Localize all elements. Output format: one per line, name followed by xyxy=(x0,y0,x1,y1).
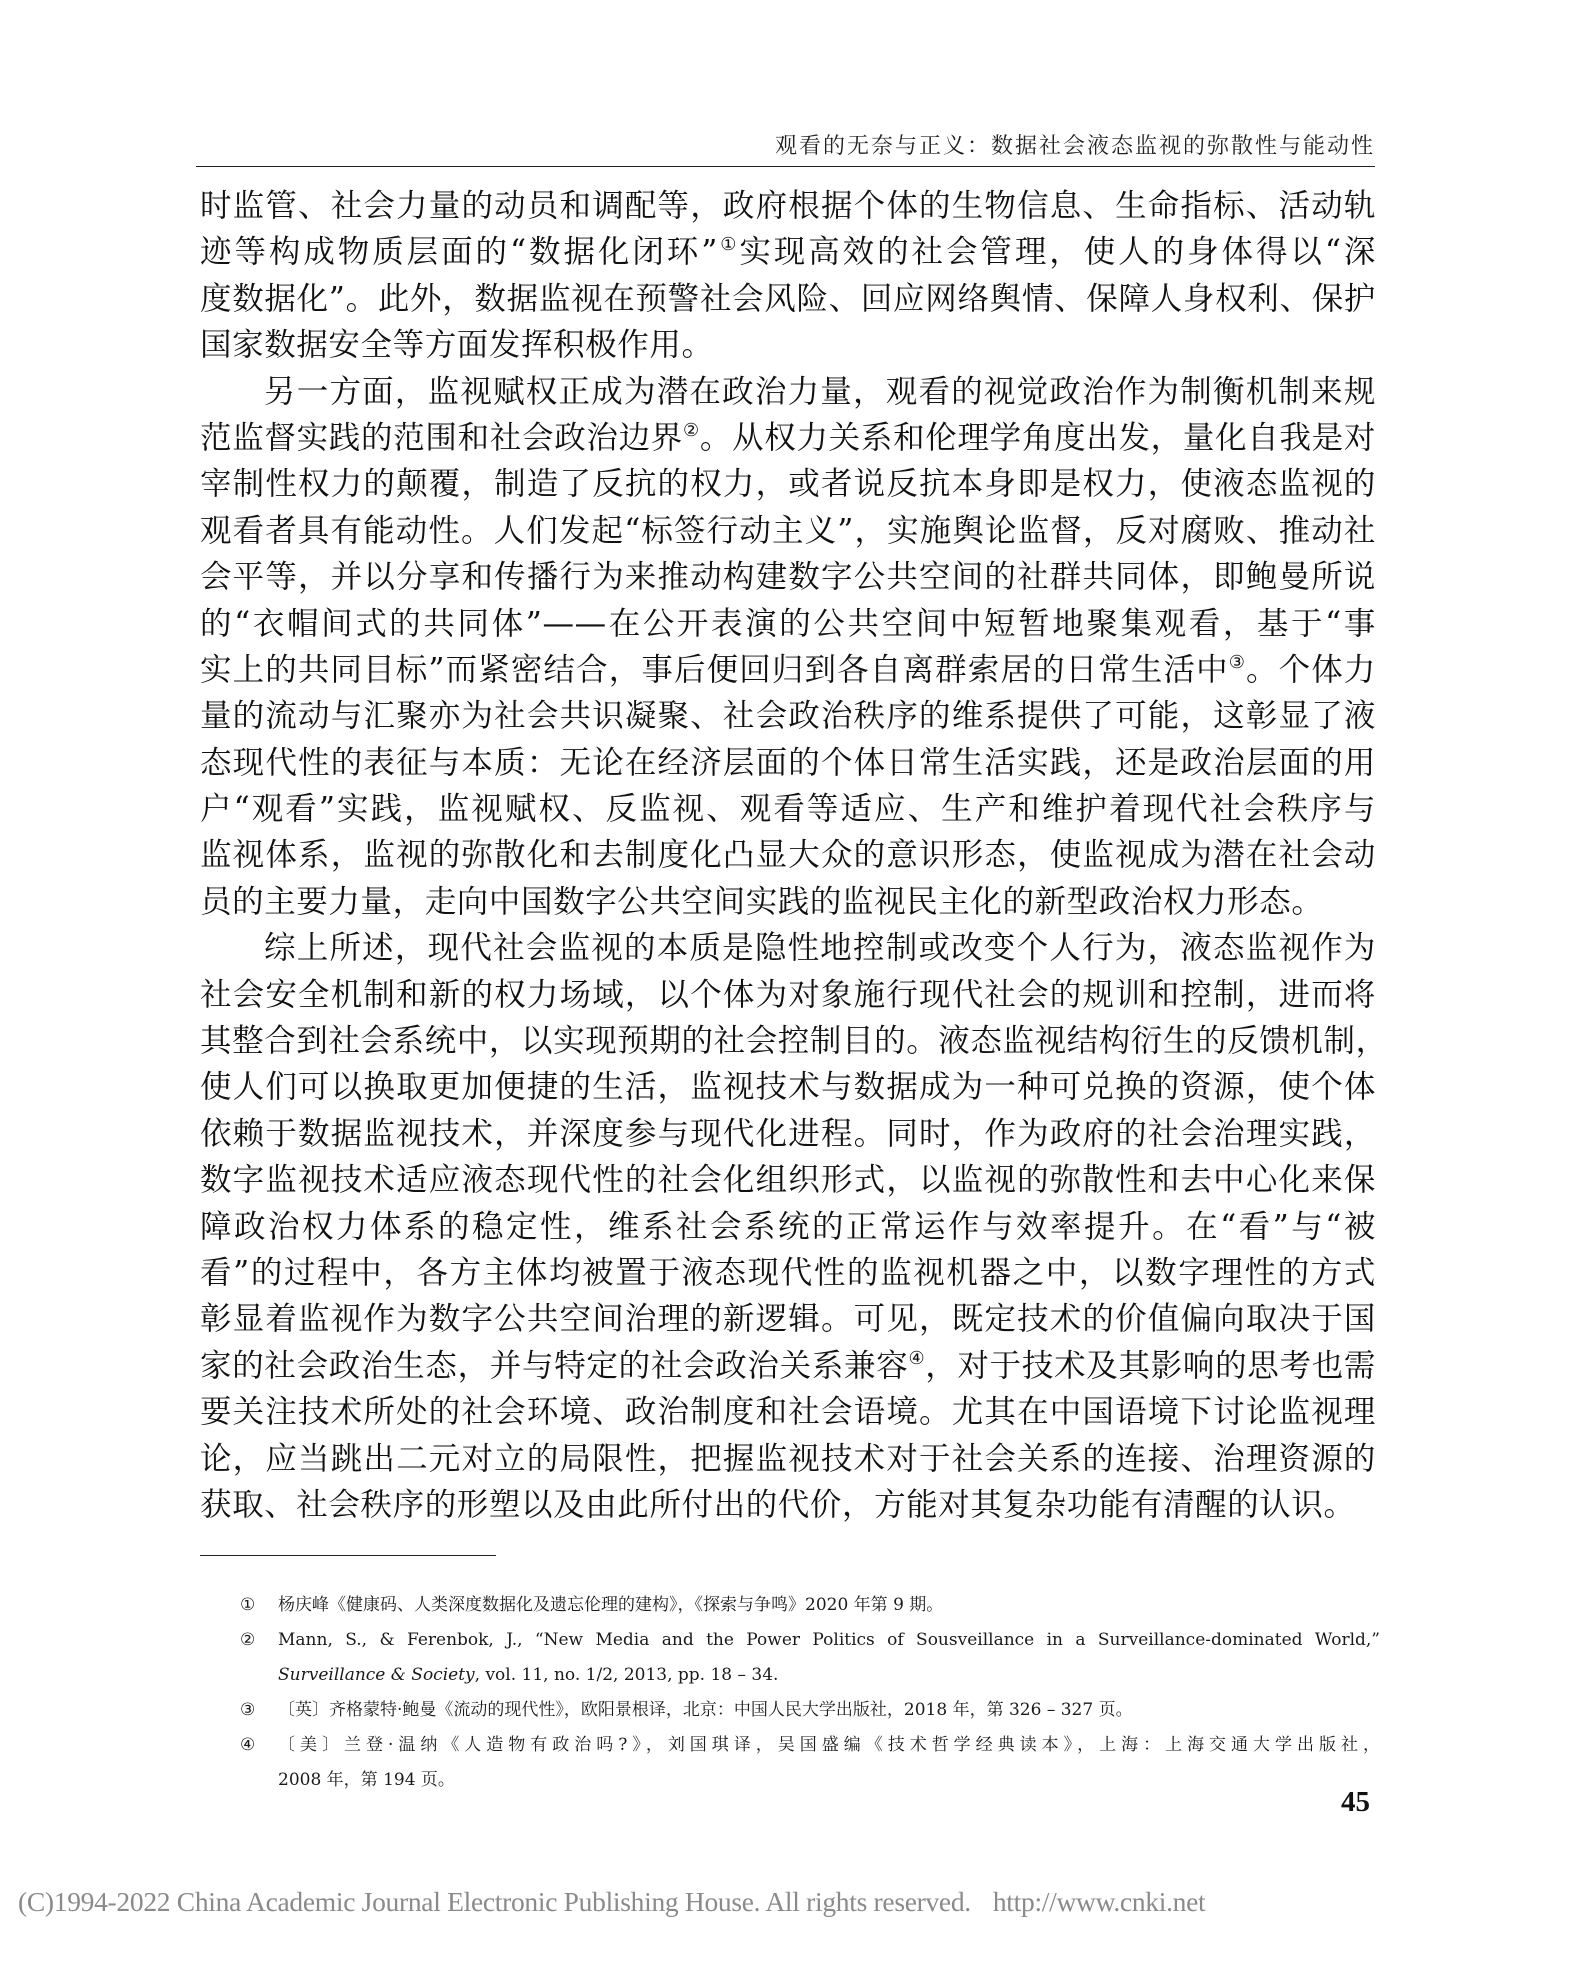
footnote-text-cont: Surveillance & Society, vol. 11, no. 1/2… xyxy=(278,1658,1380,1693)
text-line: 的“衣帽间式的共同体”——在公开表演的公共空间中短暂地聚集观看，基于“事 xyxy=(200,601,1376,647)
text-line: 迹等构成物质层面的“数据化闭环”①实现高效的社会管理，使人的身体得以“深 xyxy=(200,229,1376,275)
footnote-divider xyxy=(200,1555,496,1556)
text-line: 度数据化”。此外，数据监视在预警社会风险、回应网络舆情、保障人身权利、保护 xyxy=(200,276,1376,322)
text-line: 另一方面，监视赋权正成为潜在政治力量，观看的视觉政治作为制衡机制来规 xyxy=(200,369,1376,415)
footnote-ref[interactable]: ② xyxy=(683,420,700,441)
running-header: 观看的无奈与正义：数据社会液态监视的弥散性与能动性 xyxy=(196,132,1375,167)
paragraph: 综上所述，现代社会监视的本质是隐性地控制或改变个人行为，液态监视作为社会安全机制… xyxy=(200,925,1376,1528)
footnote-2: ② Mann, S., & Ferenbok, J., “New Media a… xyxy=(240,1623,1380,1693)
article-body: 时监管、社会力量的动员和调配等，政府根据个体的生物信息、生命指标、活动轨迹等构成… xyxy=(200,183,1376,1528)
text-line: 态现代性的表征与本质：无论在经济层面的个体日常生活实践，还是政治层面的用 xyxy=(200,740,1376,786)
footnote-marker: ② xyxy=(240,1623,255,1658)
footnote-text-cont: 2008 年，第 194 页。 xyxy=(278,1763,1380,1798)
text-line: 员的主要力量，走向中国数字公共空间实践的监视民主化的新型政治权力形态。 xyxy=(200,879,1376,925)
footnote-marker: ④ xyxy=(240,1728,255,1763)
footnote-ref[interactable]: ③ xyxy=(1229,652,1246,673)
text-segment: 实上的共同目标”而紧密结合，事后便回归到各自离群索居的日常生活中 xyxy=(200,652,1229,688)
text-line: 障政治权力体系的稳定性，维系社会系统的正常运作与效率提升。在“看”与“被 xyxy=(200,1204,1376,1250)
text-line: 户“观看”实践，监视赋权、反监视、观看等适应、生产和维护着现代社会秩序与 xyxy=(200,786,1376,832)
running-title: 观看的无奈与正义：数据社会液态监视的弥散性与能动性 xyxy=(775,134,1375,159)
text-segment: 。个体力 xyxy=(1246,652,1376,688)
footnote-ref[interactable]: ① xyxy=(718,234,739,255)
text-segment: 实现高效的社会管理，使人的身体得以“深 xyxy=(739,234,1376,270)
site-url: http://www.cnki.net xyxy=(993,1886,1206,1917)
text-segment: 范监督实践的范围和社会政治边界 xyxy=(200,420,683,456)
footnote-1: ① 杨庆峰《健康码、人类深度数据化及遗忘伦理的建构》，《探索与争鸣》2020 年… xyxy=(240,1588,1380,1623)
text-line: 宰制性权力的颠覆，制造了反抗的权力，或者说反抗本身即是权力，使液态监视的 xyxy=(200,461,1376,507)
footnote-4: ④ 〔美〕兰登·温纳《人造物有政治吗?》，刘国琪译，吴国盛编《技术哲学经典读本》… xyxy=(240,1728,1380,1798)
text-line: 其整合到社会系统中，以实现预期的社会控制目的。液态监视结构衍生的反馈机制， xyxy=(200,1018,1376,1064)
text-line: 依赖于数据监视技术，并深度参与现代化进程。同时，作为政府的社会治理实践， xyxy=(200,1111,1376,1157)
footnote-text: 〔英〕齐格蒙特·鲍曼《流动的现代性》，欧阳景根译，北京：中国人民大学出版社，20… xyxy=(278,1693,1380,1728)
footnote-marker: ③ xyxy=(240,1693,255,1728)
text-line: 使人们可以换取更加便捷的生活，监视技术与数据成为一种可兑换的资源，使个体 xyxy=(200,1064,1376,1110)
citation-details: , vol. 11, no. 1/2, 2013, pp. 18 – 34. xyxy=(475,1665,779,1685)
text-segment: ，对于技术及其影响的思考也需 xyxy=(925,1348,1376,1384)
footnote-text: 杨庆峰《健康码、人类深度数据化及遗忘伦理的建构》，《探索与争鸣》2020 年第 … xyxy=(278,1588,1380,1623)
footnote-text: Mann, S., & Ferenbok, J., “New Media and… xyxy=(278,1623,1380,1658)
text-segment: 迹等构成物质层面的“数据化闭环” xyxy=(200,234,718,270)
journal-title: Surveillance & Society xyxy=(278,1665,475,1685)
text-segment: 家的社会政治生态，并与特定的社会政治关系兼容 xyxy=(200,1348,908,1384)
page-number: 45 xyxy=(1300,1786,1370,1819)
text-line: 论，应当跳出二元对立的局限性，把握监视技术对于社会关系的连接、治理资源的 xyxy=(200,1436,1376,1482)
footnote-marker: ① xyxy=(240,1588,255,1623)
footnotes: ① 杨庆峰《健康码、人类深度数据化及遗忘伦理的建构》，《探索与争鸣》2020 年… xyxy=(240,1588,1380,1798)
text-line: 监视体系，监视的弥散化和去制度化凸显大众的意识形态，使监视成为潜在社会动 xyxy=(200,832,1376,878)
text-line: 会平等，并以分享和传播行为来推动构建数字公共空间的社群共同体，即鲍曼所说 xyxy=(200,554,1376,600)
text-line: 时监管、社会力量的动员和调配等，政府根据个体的生物信息、生命指标、活动轨 xyxy=(200,183,1376,229)
text-line: 国家数据安全等方面发挥积极作用。 xyxy=(200,322,1376,368)
text-line: 观看者具有能动性。人们发起“标签行动主义”，实施舆论监督，反对腐败、推动社 xyxy=(200,508,1376,554)
footnote-text: 〔美〕兰登·温纳《人造物有政治吗?》，刘国琪译，吴国盛编《技术哲学经典读本》，上… xyxy=(278,1728,1380,1763)
text-line: 数字监视技术适应液态现代性的社会化组织形式，以监视的弥散性和去中心化来保 xyxy=(200,1157,1376,1203)
footnote-ref[interactable]: ④ xyxy=(908,1348,925,1369)
text-line: 看”的过程中，各方主体均被置于液态现代性的监视机器之中，以数字理性的方式 xyxy=(200,1250,1376,1296)
text-line: 要关注技术所处的社会环境、政治制度和社会语境。尤其在中国语境下讨论监视理 xyxy=(200,1389,1376,1435)
text-line: 综上所述，现代社会监视的本质是隐性地控制或改变个人行为，液态监视作为 xyxy=(200,925,1376,971)
copyright-watermark: (C)1994-2022 China Academic Journal Elec… xyxy=(18,1886,1205,1918)
text-line: 彰显着监视作为数字公共空间治理的新逻辑。可见，既定技术的价值偏向取决于国 xyxy=(200,1296,1376,1342)
text-line: 量的流动与汇聚亦为社会共识凝聚、社会政治秩序的维系提供了可能，这彰显了液 xyxy=(200,693,1376,739)
footnote-3: ③ 〔英〕齐格蒙特·鲍曼《流动的现代性》，欧阳景根译，北京：中国人民大学出版社，… xyxy=(240,1693,1380,1728)
text-line: 获取、社会秩序的形塑以及由此所付出的代价，方能对其复杂功能有清醒的认识。 xyxy=(200,1482,1376,1528)
text-segment: 。从权力关系和伦理学角度出发，量化自我是对 xyxy=(700,420,1376,456)
text-line: 社会安全机制和新的权力场域，以个体为对象施行现代社会的规训和控制，进而将 xyxy=(200,972,1376,1018)
text-line: 家的社会政治生态，并与特定的社会政治关系兼容④，对于技术及其影响的思考也需 xyxy=(200,1343,1376,1389)
text-line: 范监督实践的范围和社会政治边界②。从权力关系和伦理学角度出发，量化自我是对 xyxy=(200,415,1376,461)
copyright-text: (C)1994-2022 China Academic Journal Elec… xyxy=(18,1886,971,1917)
text-line: 实上的共同目标”而紧密结合，事后便回归到各自离群索居的日常生活中③。个体力 xyxy=(200,647,1376,693)
paragraph: 时监管、社会力量的动员和调配等，政府根据个体的生物信息、生命指标、活动轨迹等构成… xyxy=(200,183,1376,369)
paragraph: 另一方面，监视赋权正成为潜在政治力量，观看的视觉政治作为制衡机制来规范监督实践的… xyxy=(200,369,1376,926)
